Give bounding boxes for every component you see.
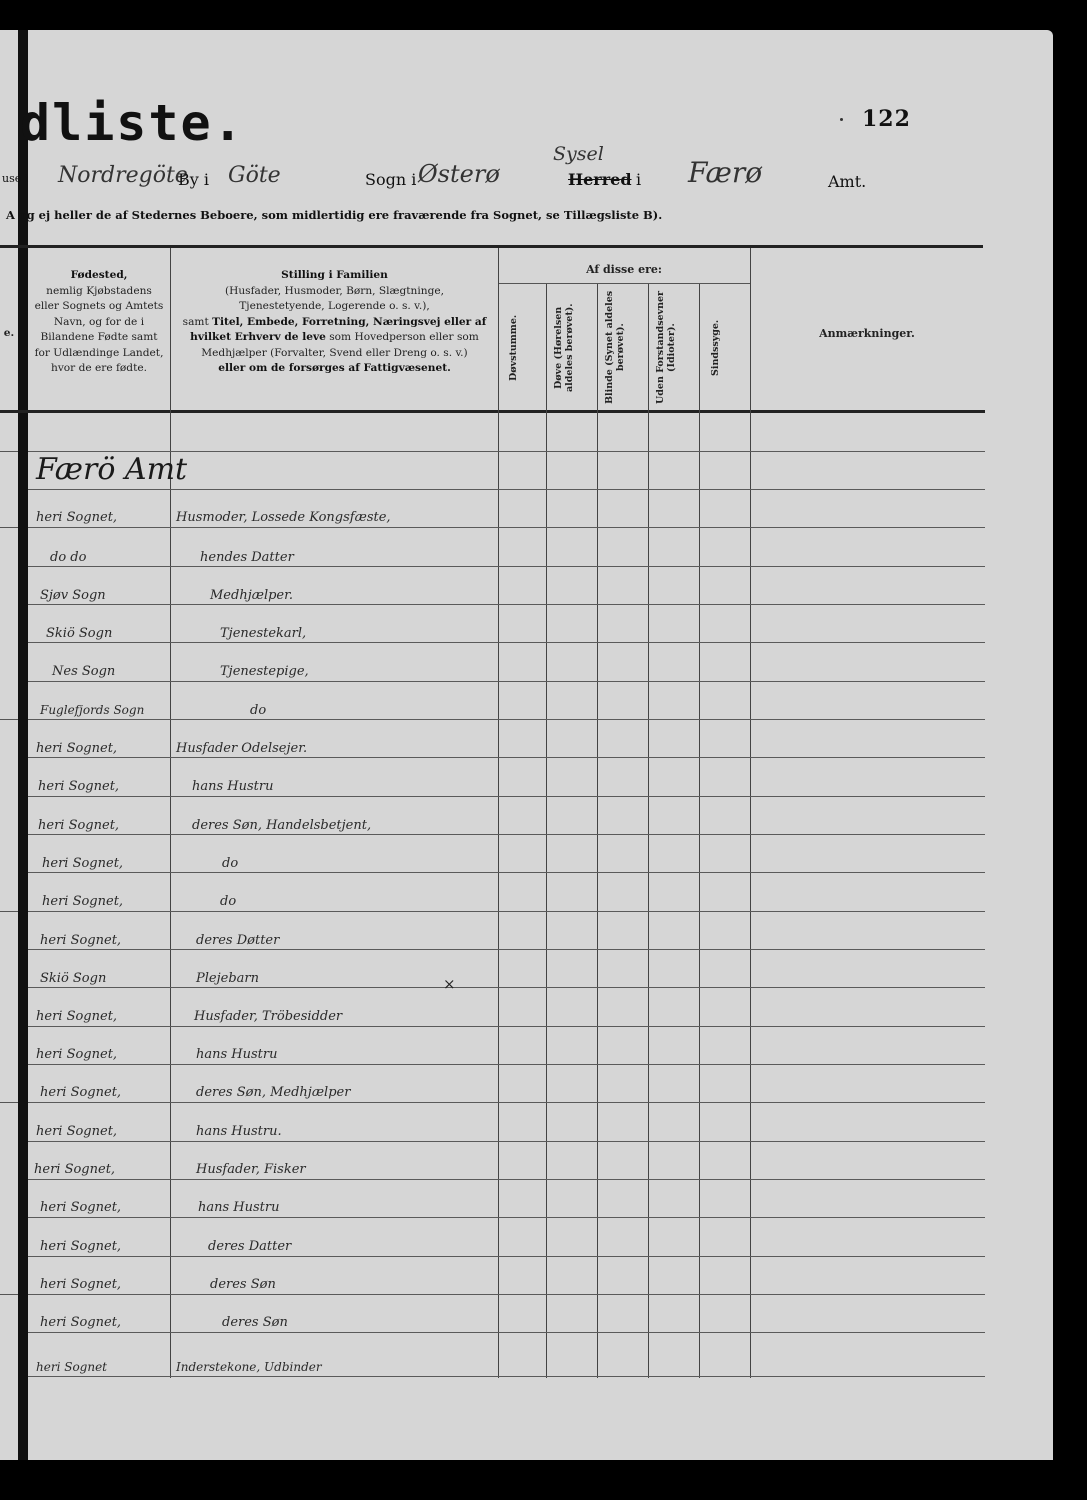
row-stilling: Inderstekone, Udbinder	[176, 1360, 322, 1374]
page-number: 122	[862, 106, 911, 132]
table-top-rule	[0, 245, 983, 248]
row-rule	[28, 872, 985, 873]
col-divider-fodested	[170, 248, 171, 1378]
stilling-line: Medhjælper (Forvalter, Svend eller Dreng…	[201, 347, 467, 359]
row-stilling: Husfader, Tröbesidder	[194, 1009, 342, 1024]
row-stilling: do	[222, 856, 238, 871]
fodested-line: Bilandene Fødte samt	[40, 331, 157, 343]
row-stilling: Husmoder, Lossede Kongsfæste,	[176, 510, 391, 525]
row-rule	[28, 719, 985, 720]
amt-value: Færø	[688, 156, 762, 189]
col-idioter: Uden Forstandsevner (Idioter).	[655, 290, 693, 405]
row-fodested: heri Sognet,	[40, 933, 121, 948]
row-fodested: Sjøv Sogn	[40, 588, 106, 603]
row-rule	[28, 1064, 985, 1065]
row-rule	[28, 796, 985, 797]
row-fodested: heri Sognet,	[36, 1047, 117, 1062]
by-value: Nordregöte	[58, 163, 188, 188]
col-divider-3	[648, 284, 649, 1378]
row-fodested: heri Sognet,	[42, 856, 123, 871]
row-fodested: heri Sognet,	[34, 1162, 115, 1177]
col-blinde: Blinde (Synet aldeles berøvet).	[604, 290, 642, 405]
fodested-line: for Udlændinge Landet,	[35, 347, 164, 359]
anmaerkninger-heading: Anmærkninger.	[751, 326, 983, 342]
section-heading-amt: Færö Amt	[36, 452, 187, 487]
row-rule	[28, 987, 985, 988]
left-strip-rule	[0, 911, 18, 912]
row-fodested: heri Sognet,	[36, 510, 117, 525]
row-rule	[28, 681, 985, 682]
x-mark-annotation: ×	[443, 975, 456, 993]
form-title: dliste.	[20, 98, 245, 148]
row-rule	[28, 1026, 985, 1027]
row-stilling: hans Hustru	[198, 1200, 280, 1215]
sogn-value: Østerø	[418, 160, 500, 188]
row-fodested: heri Sognet,	[36, 1124, 117, 1139]
row-fodested: heri Sognet,	[40, 1315, 121, 1330]
by-town-value: Göte	[228, 163, 281, 188]
row-rule	[28, 1179, 985, 1180]
row-rule	[28, 1102, 985, 1103]
col-dovstumme: Døvstumme.	[508, 290, 536, 405]
col-divider-5	[750, 248, 751, 1378]
row-fodested: heri Sognet	[36, 1360, 107, 1374]
header-bottom-rule	[0, 410, 985, 413]
instructions-subline: A og ej heller de af Stedernes Beboere, …	[6, 208, 662, 222]
header-prefix-fragment: use i	[2, 172, 28, 185]
row-stilling: Husfader Odelsejer.	[176, 741, 307, 756]
left-strip-rule	[0, 719, 18, 720]
ink-dot	[840, 118, 843, 121]
row-stilling: hendes Datter	[200, 550, 294, 565]
stilling-line: Tjenestetyende, Logerende o. s. v.),	[239, 300, 430, 312]
row-stilling: hans Hustru	[196, 1047, 278, 1062]
col-divider-stilling	[498, 248, 499, 1378]
row-fodested: Fuglefjords Sogn	[40, 703, 144, 717]
row-stilling: deres Døtter	[196, 933, 279, 948]
row-stilling: deres Søn	[222, 1315, 288, 1330]
row-rule	[28, 566, 985, 567]
row-stilling: do	[250, 703, 266, 718]
stilling-heading: Stilling i Familien (Husfader, Husmoder,…	[171, 268, 498, 377]
by-label: By i	[178, 170, 209, 189]
col-divider-1	[546, 284, 547, 1378]
fodested-line: eller Sognets og Amtets	[35, 300, 164, 312]
row-fodested: Skiö Sogn	[46, 626, 112, 641]
row-fodested: do do	[50, 550, 86, 565]
stilling-line: som Hovedperson eller som	[326, 331, 479, 343]
row-fodested: heri Sognet,	[40, 1200, 121, 1215]
row-stilling: Husfader, Fisker	[196, 1162, 306, 1177]
row-stilling: Medhjælper.	[210, 588, 293, 603]
stilling-title: Stilling i Familien	[281, 269, 388, 281]
af-disse-ere-heading: Af disse ere:	[498, 262, 750, 278]
row-fodested: heri Sognet,	[38, 779, 119, 794]
fodested-line: nemlig Kjøbstadens	[46, 285, 152, 297]
edge-column-fragment: e.	[0, 326, 18, 342]
row-stilling: hans Hustru.	[196, 1124, 282, 1139]
herred-label: Herred	[568, 170, 632, 189]
herred-i: i	[636, 170, 641, 189]
row-rule	[28, 1256, 985, 1257]
row-fodested: heri Sognet,	[42, 894, 123, 909]
row-fodested: heri Sognet,	[36, 741, 117, 756]
fodested-line: Navn, og for de i	[54, 316, 144, 328]
col-sindssyge: Sindssyge.	[710, 290, 738, 405]
sogn-label: Sogn i	[365, 170, 416, 189]
left-strip-rule	[0, 451, 18, 452]
row-rule	[28, 1332, 985, 1333]
row-stilling: Tjenestepige,	[220, 664, 309, 679]
left-strip-rule	[0, 527, 18, 528]
col-divider-4	[699, 284, 700, 1378]
herred-correction: Sysel	[553, 143, 604, 165]
left-strip-rule	[0, 1294, 18, 1295]
row-fodested: heri Sognet,	[36, 1009, 117, 1024]
row-fodested: heri Sognet,	[38, 818, 119, 833]
row-rule	[28, 1217, 985, 1218]
row-fodested: heri Sognet,	[40, 1277, 121, 1292]
fodested-heading: Fødested, nemlig Kjøbstadens eller Sogne…	[28, 268, 170, 377]
row-rule	[28, 604, 985, 605]
row-fodested: heri Sognet,	[40, 1239, 121, 1254]
row-rule	[28, 489, 985, 490]
row-rule	[28, 1294, 985, 1295]
amt-label: Amt.	[828, 172, 866, 191]
row-rule	[28, 527, 985, 528]
row-stilling: deres Datter	[208, 1239, 291, 1254]
row-rule	[28, 911, 985, 912]
row-rule	[28, 834, 985, 835]
col-dove: Døve (Hørelsen aldeles berøvet).	[553, 290, 591, 405]
stilling-line: (Husfader, Husmoder, Børn, Slægtninge,	[225, 285, 444, 297]
stilling-line-bold: eller om de forsørges af Fattigvæsenet.	[218, 362, 451, 374]
af-disse-rule	[498, 283, 750, 284]
row-fodested: Skiö Sogn	[40, 971, 106, 986]
left-strip-rule	[0, 1102, 18, 1103]
col-divider-2	[597, 284, 598, 1378]
row-stilling: deres Søn, Medhjælper	[196, 1085, 350, 1100]
row-stilling: deres Søn, Handelsbetjent,	[192, 818, 371, 833]
stilling-line: samt	[183, 316, 212, 328]
row-rule	[28, 757, 985, 758]
row-stilling: hans Hustru	[192, 779, 274, 794]
row-stilling: do	[220, 894, 236, 909]
fodested-line: hvor de ere fødte.	[51, 362, 147, 374]
row-stilling: Plejebarn	[196, 971, 259, 986]
row-rule	[28, 1141, 985, 1142]
row-stilling: deres Søn	[210, 1277, 276, 1292]
row-fodested: Nes Sogn	[52, 664, 115, 679]
row-rule	[28, 642, 985, 643]
stilling-line-bold: hvilket Erhverv de leve	[190, 331, 326, 343]
stilling-line-bold: Titel, Embede, Forretning, Næringsvej el…	[212, 316, 486, 328]
fodested-title: Fødested,	[71, 269, 128, 281]
row-fodested: heri Sognet,	[40, 1085, 121, 1100]
row-stilling: Tjenestekarl,	[220, 626, 306, 641]
row-rule	[28, 949, 985, 950]
row-rule	[28, 1376, 985, 1377]
